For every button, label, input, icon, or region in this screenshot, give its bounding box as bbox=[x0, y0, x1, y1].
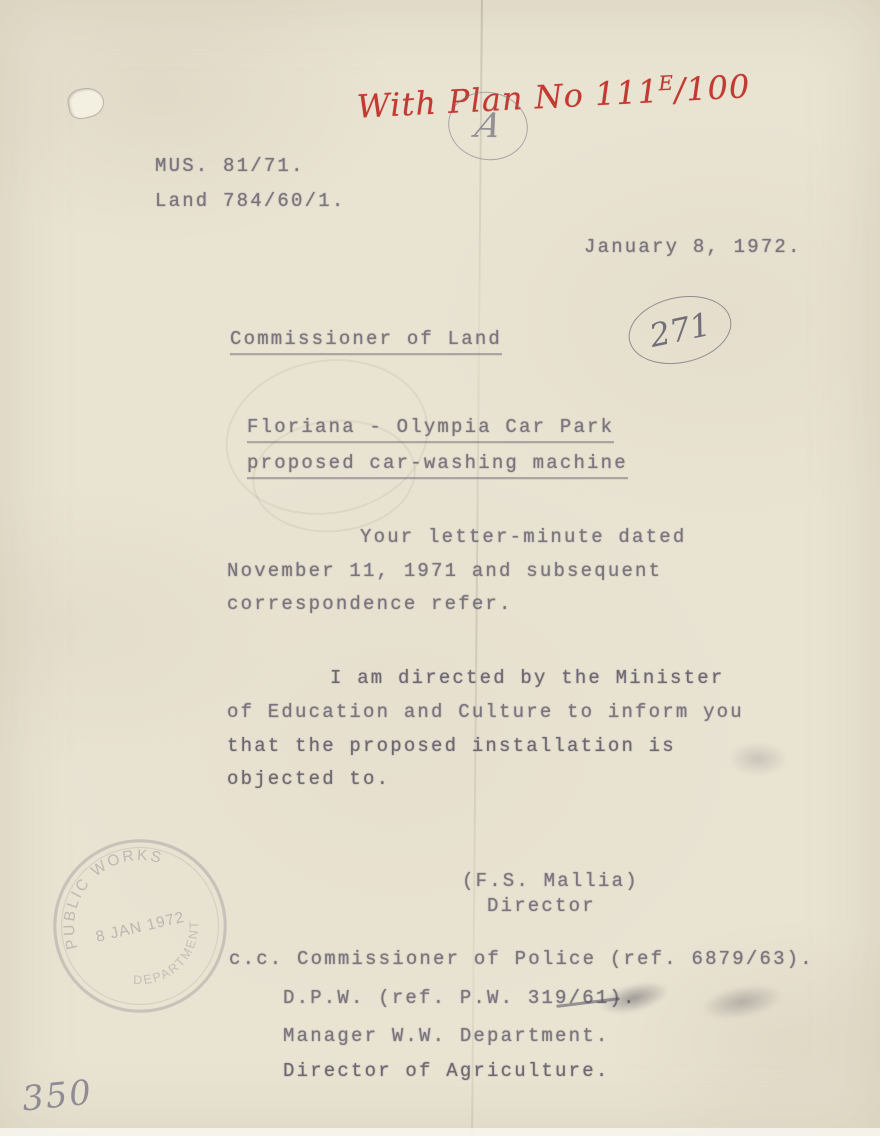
ink-smudge bbox=[698, 979, 786, 1025]
letter-date: January 8, 1972. bbox=[584, 236, 802, 258]
signature-name: (F.S. Mallia) bbox=[462, 870, 639, 892]
file-ref-land: Land 784/60/1. bbox=[155, 190, 345, 212]
handwritten-plan-note: With Plan No 111E/100 bbox=[309, 29, 753, 166]
paragraph2-line2: of Education and Culture to inform you bbox=[227, 701, 744, 723]
file-ref-mus: MUS. 81/71. bbox=[155, 155, 305, 177]
folio-number-text: 271 bbox=[646, 305, 714, 355]
pencil-page-number: 350 bbox=[20, 1072, 95, 1119]
circled-folio-number: 271 bbox=[622, 287, 737, 373]
cc-line-4: Director of Agriculture. bbox=[283, 1060, 609, 1082]
cc-line-1: c.c. Commissioner of Police (ref. 6879/6… bbox=[229, 948, 814, 970]
paragraph2-line3: that the proposed installation is bbox=[227, 735, 676, 757]
cc-line-3: Manager W.W. Department. bbox=[283, 1025, 609, 1047]
paper-tear bbox=[65, 85, 106, 122]
cc-line-2: D.P.W. (ref. P.W. 319/61). bbox=[283, 987, 637, 1009]
stamp-date-text: 8 JAN 1972 bbox=[94, 909, 186, 946]
ink-smudge bbox=[596, 976, 673, 1021]
addressee: Commissioner of Land bbox=[230, 328, 502, 355]
plan-note-suffix: /100 bbox=[673, 67, 751, 109]
subject-line-2: proposed car-washing machine bbox=[247, 452, 628, 479]
scan-edge bbox=[0, 1128, 880, 1136]
paragraph2-line4: objected to. bbox=[227, 768, 390, 790]
public-works-round-stamp: PUBLIC WORKS DEPARTMENT 8 JAN 1972 bbox=[10, 796, 270, 1056]
subject-line-1: Floriana - Olympia Car Park bbox=[247, 416, 614, 443]
circled-letter-text: A bbox=[471, 106, 505, 146]
signature-title: Director bbox=[487, 895, 596, 917]
paragraph2-line1: I am directed by the Minister bbox=[330, 667, 724, 689]
scanned-letter-page: With Plan No 111E/100 A MUS. 81/71. Land… bbox=[0, 0, 880, 1136]
paragraph1-line2: November 11, 1971 and subsequent bbox=[227, 560, 662, 582]
plan-note-superscript: E bbox=[658, 71, 675, 96]
ink-smudge bbox=[728, 742, 788, 776]
paragraph1-line1: Your letter-minute dated bbox=[360, 526, 686, 548]
paragraph1-line3: correspondence refer. bbox=[227, 593, 513, 615]
